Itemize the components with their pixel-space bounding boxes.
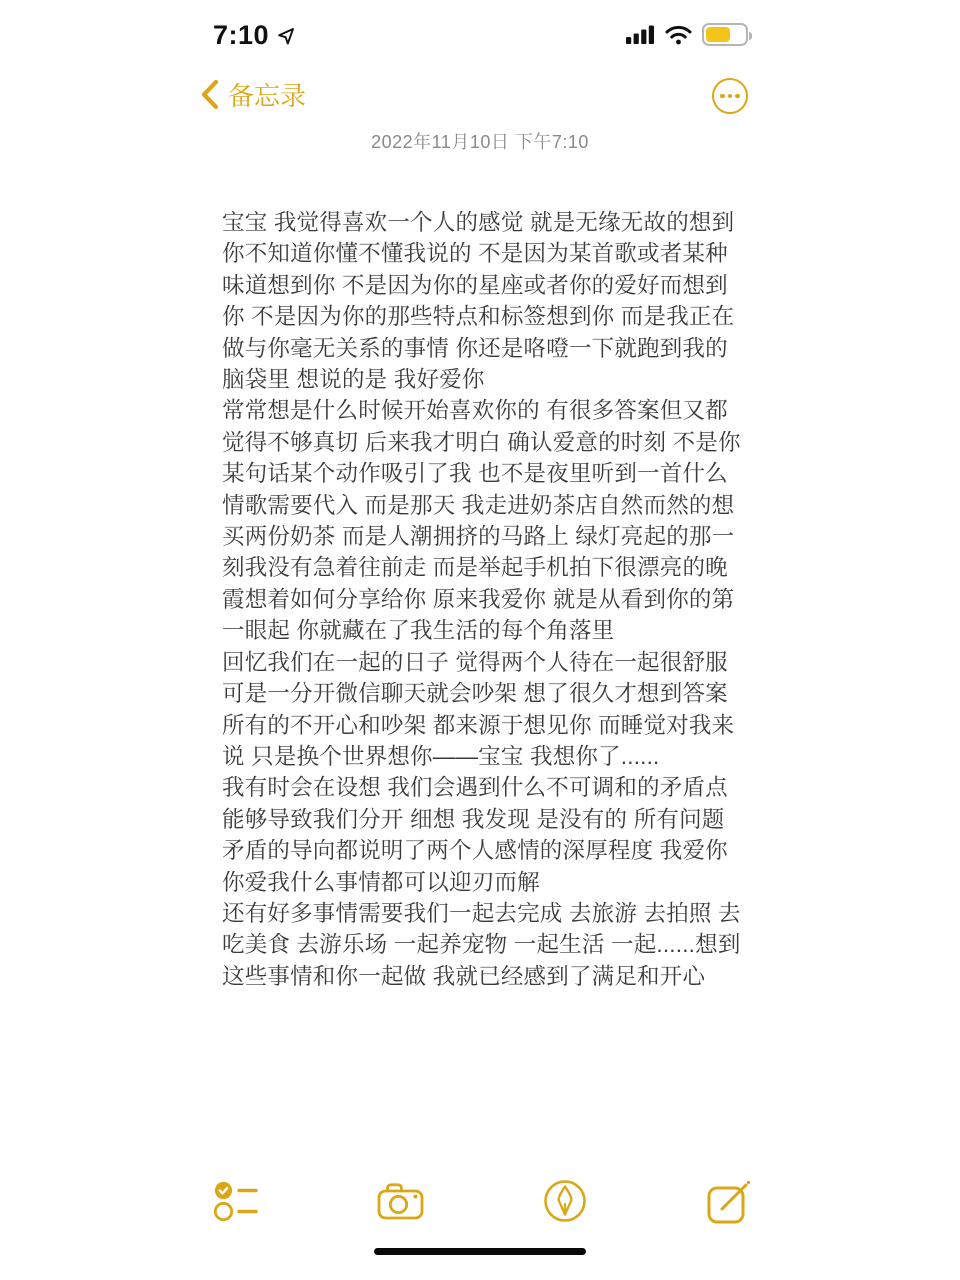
markup-icon [543, 1179, 587, 1223]
location-arrow-icon [276, 26, 296, 46]
notes-app-screen: 7:10 [0, 0, 960, 1280]
battery-nub [749, 32, 753, 40]
wifi-icon [665, 25, 692, 45]
camera-button[interactable] [377, 1178, 425, 1224]
note-paragraph: 宝宝 我觉得喜欢一个人的感觉 就是无缘无故的想到你不知道你懂不懂我说的 不是因为… [222, 207, 746, 395]
status-bar-right-cluster [626, 23, 748, 46]
back-button-label: 备忘录 [228, 76, 306, 113]
camera-icon [377, 1181, 424, 1221]
status-time: 7:10 [213, 20, 296, 51]
battery-icon [702, 23, 748, 46]
note-paragraph: 常常想是什么时候开始喜欢你的 有很多答案但又都觉得不够真切 后来我才明白 确认爱… [222, 395, 746, 646]
note-date-line: 2022年11月10日 下午7:10 [0, 128, 960, 154]
note-paragraph: 回忆我们在一起的日子 觉得两个人待在一起很舒服 可是一分开微信聊天就会吵架 想了… [222, 647, 746, 773]
note-paragraph: 我有时会在设想 我们会遇到什么不可调和的矛盾点能够导致我们分开 细想 我发现 是… [222, 772, 746, 898]
bottom-toolbar [212, 1178, 754, 1224]
checklist-icon [213, 1180, 259, 1222]
note-text-area[interactable]: 宝宝 我觉得喜欢一个人的感觉 就是无缘无故的想到你不知道你懂不懂我说的 不是因为… [222, 207, 746, 992]
home-indicator[interactable] [374, 1248, 586, 1255]
compose-button[interactable] [706, 1178, 754, 1224]
cellular-signal-icon [626, 25, 655, 44]
markup-button[interactable] [541, 1178, 589, 1224]
battery-level-fill [706, 27, 730, 42]
compose-icon [707, 1178, 753, 1224]
more-options-button[interactable] [712, 78, 748, 114]
status-bar: 7:10 [0, 14, 960, 60]
nav-bar: 备忘录 [0, 76, 960, 118]
chevron-left-icon [200, 79, 219, 110]
checklist-button[interactable] [212, 1178, 260, 1224]
clock-text: 7:10 [213, 20, 269, 51]
back-button[interactable]: 备忘录 [200, 76, 306, 113]
ellipsis-dot [728, 94, 733, 99]
note-paragraph: 还有好多事情需要我们一起去完成 去旅游 去拍照 去吃美食 去游乐场 一起养宠物 … [222, 898, 746, 992]
ellipsis-dot [720, 94, 725, 99]
ellipsis-dot [735, 94, 740, 99]
